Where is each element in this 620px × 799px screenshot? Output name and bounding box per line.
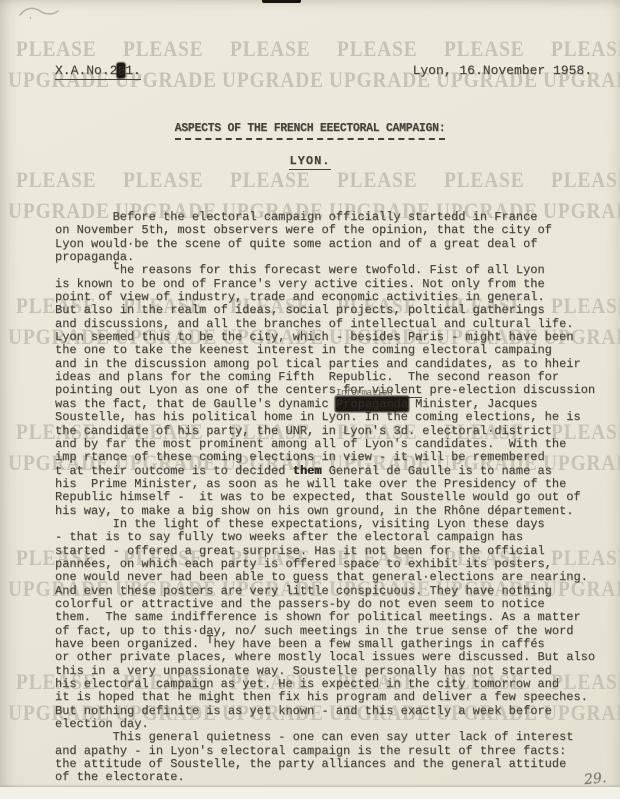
body-line: his way, to make a big show on his own g…: [55, 505, 595, 518]
body-line: But nothing definite is as yet known - a…: [55, 705, 595, 718]
reference-number: X.A.No.281.: [55, 63, 141, 80]
body-line: propaganda.: [55, 251, 595, 264]
typewritten-document: X.A.No.281. Lyon, 16.November 1958. ASPE…: [0, 0, 620, 799]
document-header: X.A.No.281. Lyon, 16.November 1958.: [55, 63, 592, 80]
text-segment: Minister, Jacques: [408, 397, 538, 411]
text-segment: have been organized.: [55, 637, 206, 651]
body-line: But also in the realm of ideas, social p…: [55, 304, 595, 317]
document-subtitle: LYON.: [0, 151, 620, 170]
text-segment: [55, 263, 113, 277]
body-line: - that is to say fully two weeks after t…: [55, 531, 595, 544]
body-line: In the light of these expectations, visi…: [55, 518, 595, 531]
redaction-correction-note: Information: [336, 388, 392, 397]
body-line: this in a very unpassionate way. Soustel…: [55, 665, 595, 678]
text-segment: was the fact, that de Gaulle's dynamic: [55, 397, 336, 411]
body-line: is known to be ond of France's very acti…: [55, 278, 595, 291]
sup-text: t: [113, 259, 120, 273]
body-line: And even these posters are very little c…: [55, 585, 595, 598]
body-line: or other private places, where mostly lo…: [55, 651, 595, 664]
body-line: Before the electoral campaign officially…: [55, 211, 595, 224]
body-line: on November 5th, most observers were of …: [55, 224, 595, 237]
body-line: his Prime Minister, as soon as he will t…: [55, 478, 595, 491]
body-line: and discussions, and all the branches of…: [55, 318, 595, 331]
body-line: Lyon would·be the scene of quite some ac…: [55, 238, 595, 251]
pencil-squiggle-mark: [18, 4, 60, 20]
body-line: of fact, up to this·day, no/ such meetin…: [55, 625, 595, 638]
body-line: Republic himself - it was to be expected…: [55, 491, 595, 504]
scan-edge-mark: [262, 0, 301, 3]
body-line: point of view of industry, trade and eco…: [55, 291, 595, 304]
text-segment: pre-election discussion: [422, 383, 595, 397]
body-line: his electoral campaign as yet. He is exp…: [55, 678, 595, 691]
text-segment: X.A.No.2: [55, 63, 117, 78]
body-line: t at their outcome is to decided them Ge…: [55, 465, 595, 478]
body-line: pointing out Lyon as one of the centers …: [55, 384, 595, 397]
body-line: the one to take the keenest interest in …: [55, 344, 595, 357]
body-line: Soustelle, has his political home in Lyo…: [55, 411, 595, 424]
document-body: Before the electoral campaign officially…: [55, 211, 595, 785]
body-line: them. The same indifference is shown for…: [55, 611, 595, 624]
body-line: was the fact, that de Gaulle's dynamic P…: [55, 398, 595, 411]
body-line: started - offered a great surprise. Has …: [55, 545, 595, 558]
text-segment: pointing out Lyon as one of the centers: [55, 383, 343, 397]
body-line: This general quietness - one can even sa…: [55, 731, 595, 744]
handwritten-page-number: 29.: [583, 770, 607, 788]
body-line: pannées, on which each party is offered …: [55, 558, 595, 571]
overtype-text: them: [293, 464, 322, 478]
sup-text: T: [206, 633, 213, 647]
document-title: ASPECTS OF THE FRENCH EEECTORAL CAMPAIGN…: [0, 118, 620, 140]
body-line: one would never had been able to guess t…: [55, 571, 595, 584]
body-line: and in the discussion among pol tical pa…: [55, 358, 595, 371]
dateline: Lyon, 16.November 1958.: [413, 63, 592, 80]
body-line: election day.: [55, 718, 595, 731]
body-line: ideas and plans for the coming Fifth Rep…: [55, 371, 595, 384]
text-segment: hey have been a few small gatherings in …: [213, 637, 544, 651]
body-line: and by far the most prominent among all …: [55, 438, 595, 451]
body-line: have been organized. They have been a fe…: [55, 638, 595, 651]
text-segment: General de Gaulle is to name as: [321, 464, 551, 478]
redacted-word: PropagandaInformation: [336, 397, 408, 411]
body-line: and apathy - in Lyon's electoral campaig…: [55, 745, 595, 758]
body-line: the attitude of Soustelle, the party all…: [55, 758, 595, 771]
text-segment: 1.: [125, 63, 141, 78]
text-segment: he reasons for this forecast were twofol…: [120, 263, 545, 277]
body-line: it is hoped that he might then fix his p…: [55, 691, 595, 704]
body-line: Lyon seemed thus to be the city, which -…: [55, 331, 595, 344]
text-segment: t at their outcome is to decided: [55, 464, 293, 478]
body-line: the reasons for this forecast were twofo…: [55, 264, 595, 277]
body-line: of the electorate.: [55, 771, 595, 784]
body-line: the candidate of his party, the UNR, in …: [55, 425, 595, 438]
paper-bottom-edge: [0, 787, 620, 799]
body-line: colorful or attractive and the passers-b…: [55, 598, 595, 611]
body-line: imp rtance of these coming elections in …: [55, 451, 595, 464]
